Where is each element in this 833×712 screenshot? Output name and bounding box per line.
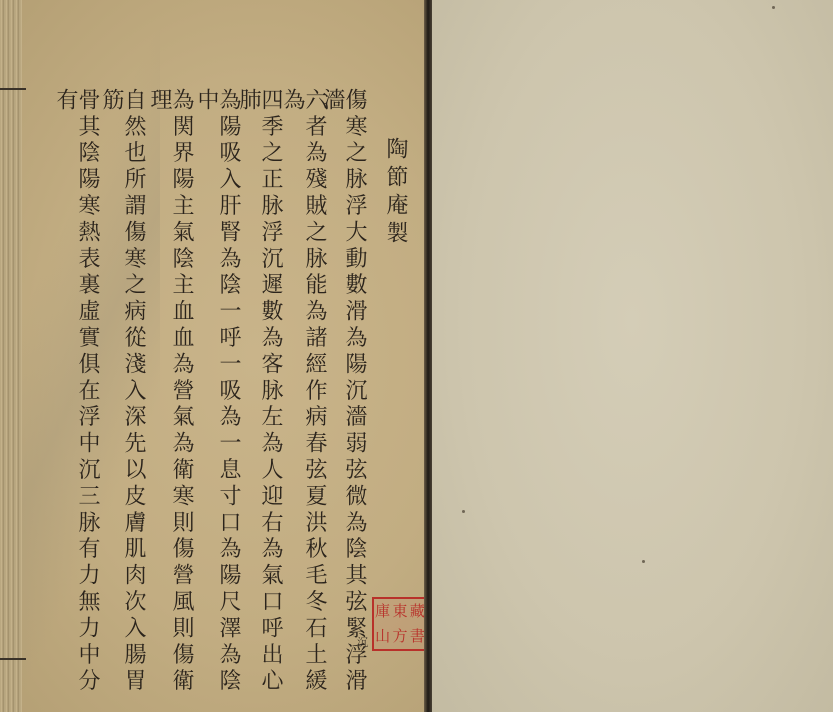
author-title: 陶節庵製: [380, 137, 411, 249]
left-page: 陶節庵製 傷寒之脉浮大動數滑為陽沉濇弱弦微為陰其弦緊浮滑濇 六者為殘賊之脉能為諸…: [0, 0, 426, 712]
text-column-6: 自然也所謂傷寒之病從淺入深先以皮膚肌肉次入腸胃筋: [100, 88, 144, 712]
book-spread: 陶節庵製 傷寒之脉浮大動數滑為陽沉濇弱弦微為陰其弦緊浮滑濇 六者為殘賊之脉能為諸…: [0, 0, 833, 712]
book-gutter: [424, 0, 432, 712]
seal-char: 方: [391, 624, 408, 649]
binding-thread: [0, 88, 26, 90]
seal-char: 東: [391, 599, 408, 624]
paper-speck: [642, 560, 645, 563]
text-column-2: 六者為殘賊之脉能為諸經作病春弦夏洪秋毛冬石土緩為: [281, 88, 325, 712]
seal-char: 庫: [374, 599, 391, 624]
text-column-1: 傷寒之脉浮大動數滑為陽沉濇弱弦微為陰其弦緊浮滑濇: [321, 88, 365, 712]
paper-speck: [772, 6, 775, 9]
collector-seal: 庫 東 藏 山 方 書: [372, 597, 428, 651]
text-column-4: 為陽吸入肝腎為陰一呼一吸為一息寸口為陽尺澤為陰中: [195, 88, 239, 712]
seal-char: 山: [374, 624, 391, 649]
text-column-3: 四季之正脉浮沉遲數為客脉左為人迎右為氣口呼出心肺: [237, 88, 281, 712]
text-column-5: 為関界陽主氣陰主血血為營氣為衛寒則傷營風則傷衛理: [148, 88, 192, 712]
paper-speck: [462, 510, 465, 513]
binding-thread: [0, 658, 26, 660]
text-column-7: 骨其陰陽寒熱表裏虛實俱在浮中沉三脉有力無力中分有: [54, 88, 98, 712]
page-edge-stack: [0, 0, 22, 712]
right-page-blank: [432, 0, 833, 712]
margin-note: 沉: [357, 634, 368, 650]
